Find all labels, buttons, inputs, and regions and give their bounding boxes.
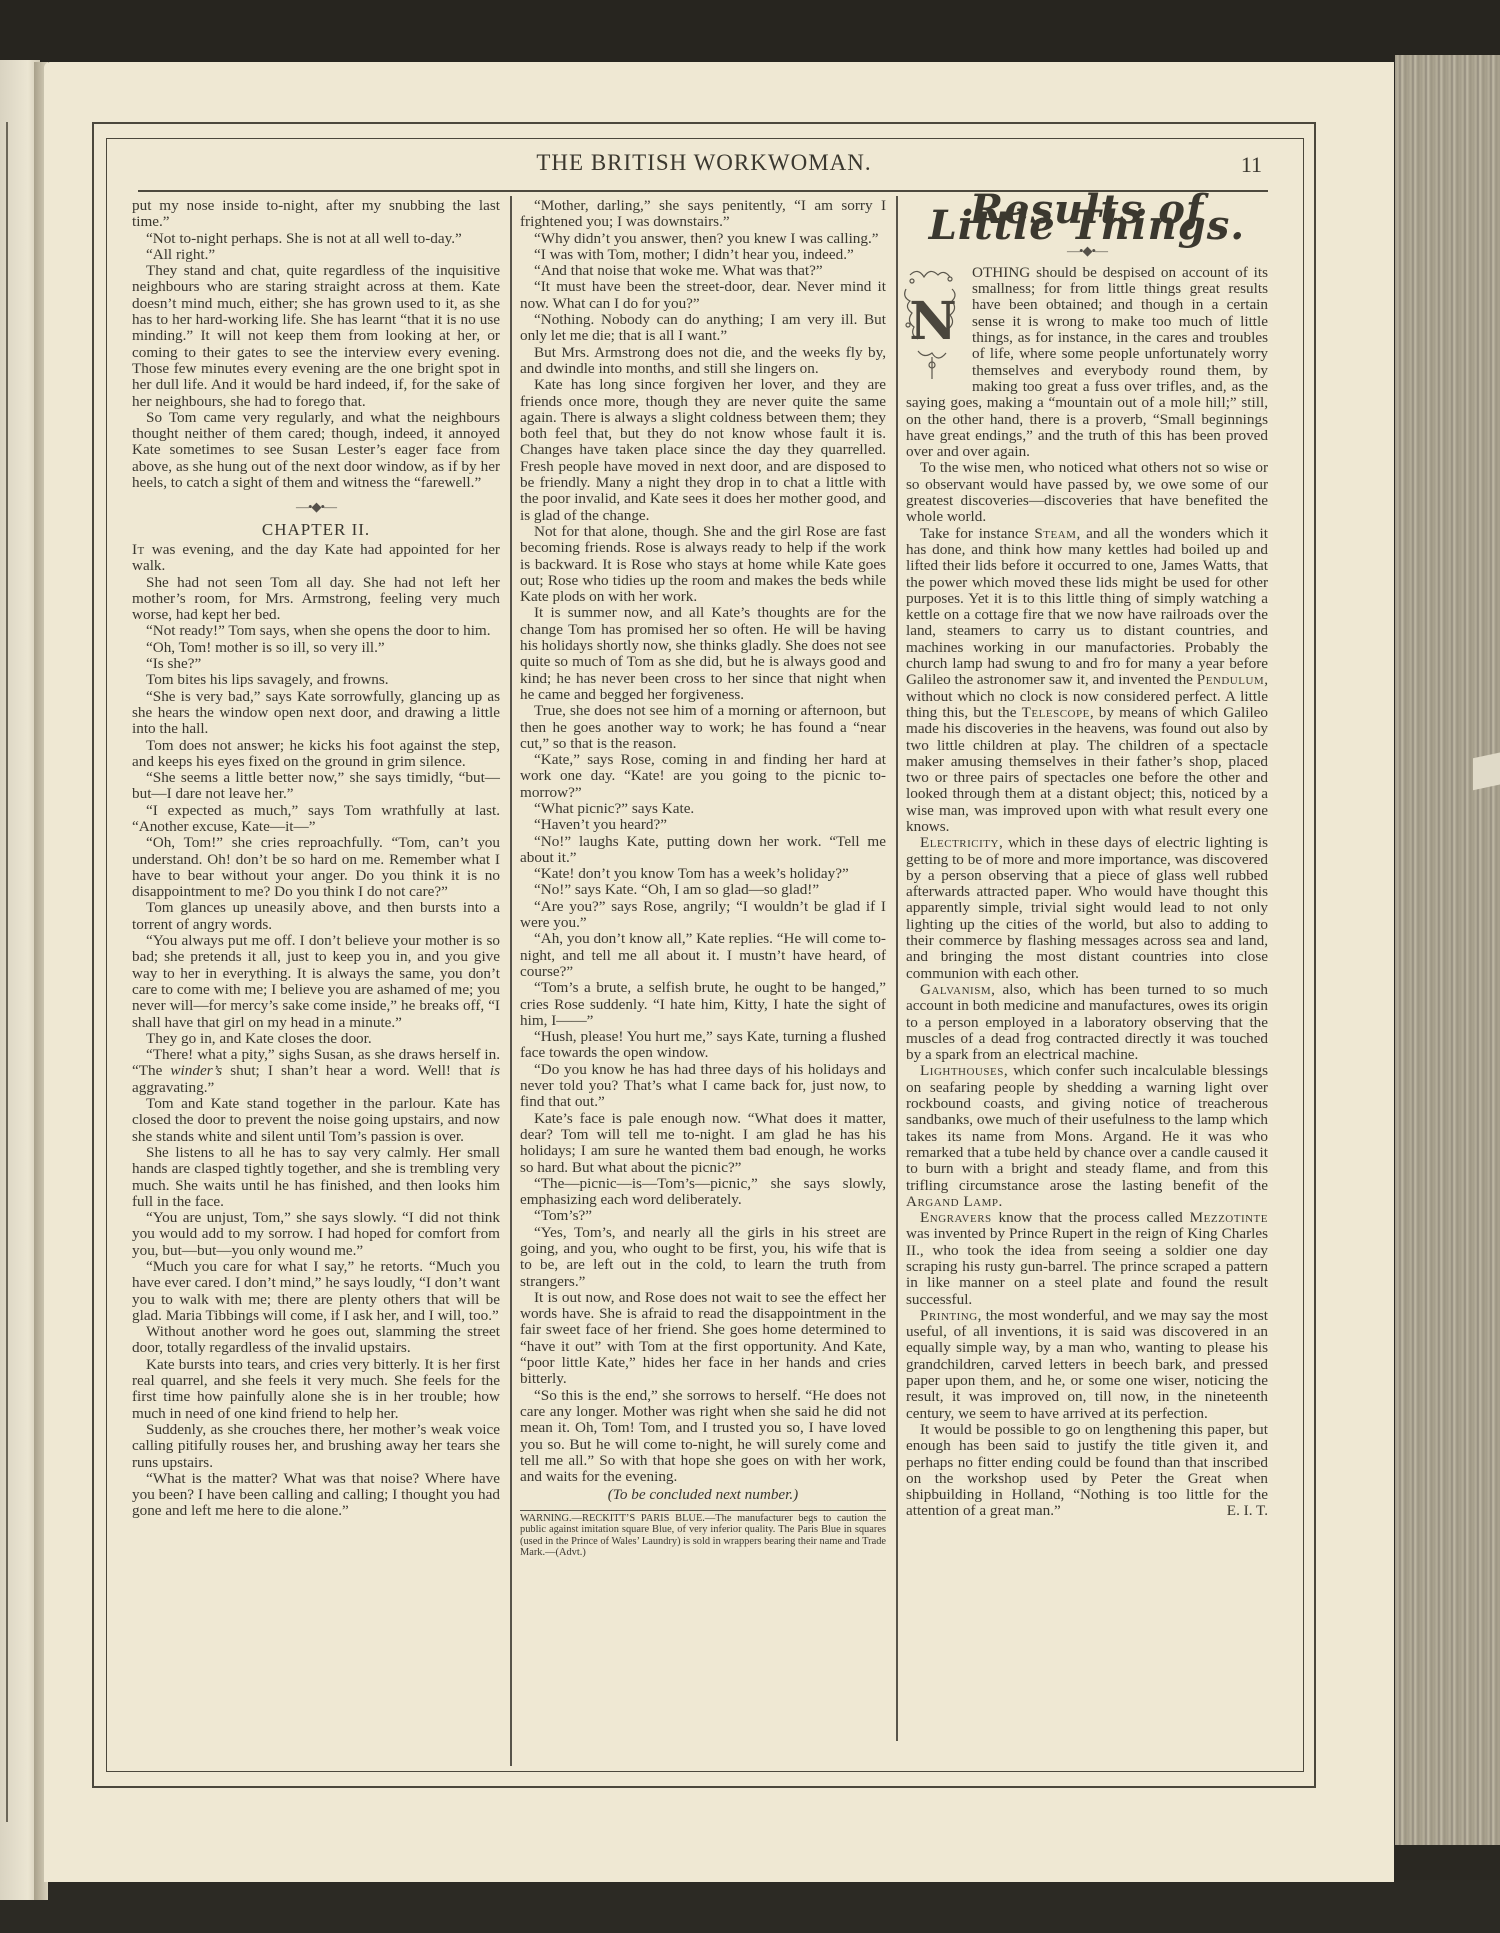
page-number: 11: [1241, 152, 1262, 178]
background-bottom: [0, 1880, 1500, 1933]
keyword: Printing: [920, 1307, 978, 1324]
paper-slip: [1473, 752, 1500, 790]
paragraph: “Not to-night perhaps. She is not at all…: [132, 231, 500, 247]
ornamental-dropcap-icon: N: [900, 265, 966, 383]
page-block-edges: [1395, 55, 1500, 1845]
keyword: Engravers: [920, 1209, 992, 1226]
paragraph: “So this is the end,” she sorrows to her…: [520, 1388, 886, 1486]
svg-text:N: N: [909, 291, 957, 352]
paragraph-text: , which confer such incalculable blessin…: [906, 1062, 1268, 1193]
paragraph: put my nose inside to-night, after my sn…: [132, 198, 500, 231]
paragraph: It would be possible to go on lengthenin…: [906, 1422, 1268, 1520]
paragraph: “Tom’s?”: [520, 1208, 886, 1224]
paragraph: Take for instance Steam, and all the won…: [906, 526, 1268, 836]
paragraph-text: Take for instance: [920, 525, 1034, 542]
paragraph-text: aggravating.”: [132, 1079, 214, 1096]
paragraph: “All right.”: [132, 247, 500, 263]
paragraph: They go in, and Kate closes the door.: [132, 1031, 500, 1047]
keyword: Pendulum: [1197, 671, 1264, 688]
paragraph-text: know that the process called: [992, 1209, 1190, 1226]
paragraph: “Yes, Tom’s, and nearly all the girls in…: [520, 1225, 886, 1290]
paragraph: “Tom’s a brute, a selfish brute, he ough…: [520, 980, 886, 1029]
paragraph-text: , which in these days of electric lighti…: [906, 834, 1268, 981]
paragraph: “Nothing. Nobody can do anything; I am v…: [520, 312, 886, 345]
continuation-note: (To be concluded next number.): [520, 1487, 886, 1503]
publication-title: THE BRITISH WORKWOMAN.: [106, 150, 1302, 176]
paragraph: “Mother, darling,” she says penitently, …: [520, 198, 886, 231]
paragraph: “She seems a little better now,” she say…: [132, 770, 500, 803]
paragraph: Tom glances up uneasily above, and then …: [132, 900, 500, 933]
paragraph: They stand and chat, quite regardless of…: [132, 263, 500, 410]
keyword: Steam: [1034, 525, 1076, 542]
paragraph: It is out now, and Rose does not wait to…: [520, 1290, 886, 1388]
paragraph: “You always put me off. I don’t believe …: [132, 933, 500, 1031]
paragraph: “And that noise that woke me. What was t…: [520, 263, 886, 279]
keyword: Mezzotinte: [1190, 1209, 1268, 1226]
keyword: Electricity: [920, 834, 999, 851]
article-title: Results of Little Things.: [906, 202, 1268, 235]
paragraph: “The—picnic—is—Tom’s—picnic,” she says s…: [520, 1176, 886, 1209]
paragraph: Not for that alone, though. She and the …: [520, 524, 886, 605]
facing-page-rule: [6, 122, 8, 1822]
chapter-heading: CHAPTER II.: [132, 522, 500, 538]
paragraph: Without another word he goes out, slammi…: [132, 1324, 500, 1357]
column-divider-1: [510, 196, 512, 1766]
paragraph: She had not seen Tom all day. She had no…: [132, 575, 500, 624]
paragraph: It is summer now, and all Kate’s thought…: [520, 605, 886, 703]
paragraph: “I expected as much,” says Tom wrathfull…: [132, 803, 500, 836]
paragraph: Electricity, which in these days of elec…: [906, 835, 1268, 982]
advertisement: WARNING.—RECKITT’S PARIS BLUE.—The manuf…: [520, 1510, 886, 1559]
paragraph: So Tom came very regularly, and what the…: [132, 410, 500, 491]
paragraph: Engravers know that the process called M…: [906, 1210, 1268, 1308]
paragraph: Lighthouses, which confer such incalcula…: [906, 1063, 1268, 1210]
paragraph: “Kate,” says Rose, coming in and finding…: [520, 752, 886, 801]
paragraph: Suddenly, as she crouches there, her mot…: [132, 1422, 500, 1471]
paragraph: “Why didn’t you answer, then? you knew I…: [520, 231, 886, 247]
chapter-lead-word: It: [132, 541, 145, 558]
paragraph: “She is very bad,” says Kate sorrowfully…: [132, 689, 500, 738]
paragraph: “Hush, please! You hurt me,” says Kate, …: [520, 1029, 886, 1062]
keyword: Telescope: [1022, 704, 1090, 721]
paragraph-text: was invented by Prince Rupert in the rei…: [906, 1225, 1268, 1307]
story-column-2: “Mother, darling,” she says penitently, …: [520, 198, 886, 1558]
paragraph: “Is she?”: [132, 656, 500, 672]
paragraph-text: .: [999, 1193, 1003, 1210]
paragraph: “What is the matter? What was that noise…: [132, 1471, 500, 1520]
keyword: Galvanism: [920, 981, 991, 998]
paragraph: Tom does not answer; he kicks his foot a…: [132, 738, 500, 771]
paragraph: “Not ready!” Tom says, when she opens th…: [132, 623, 500, 639]
paragraph: “Oh, Tom! mother is so ill, so very ill.…: [132, 640, 500, 656]
paragraph: “No!” says Kate. “Oh, I am so glad—so gl…: [520, 882, 886, 898]
paragraph-text: , and all the wonders which it has done,…: [906, 525, 1268, 689]
background-top: [0, 0, 1500, 70]
paragraph: “There! what a pity,” sighs Susan, as sh…: [132, 1047, 500, 1096]
paragraph-text: , by means of which Galileo made his dis…: [906, 704, 1268, 835]
paragraph: Galvanism, also, which has been turned t…: [906, 982, 1268, 1063]
paragraph: “Haven’t you heard?”: [520, 817, 886, 833]
paragraph: Kate bursts into tears, and cries very b…: [132, 1357, 500, 1422]
paragraph: “You are unjust, Tom,” she says slowly. …: [132, 1210, 500, 1259]
paragraph: “No!” laughs Kate, putting down her work…: [520, 834, 886, 867]
section-ornament: —•◆•—: [132, 499, 500, 515]
story-column-1: put my nose inside to-night, after my sn…: [132, 198, 500, 1520]
paragraph: She listens to all he has to say very ca…: [132, 1145, 500, 1210]
author-initials: E. I. T.: [1213, 1503, 1268, 1519]
paragraph-text: was evening, and the day Kate had appoin…: [132, 541, 500, 574]
paragraph: But Mrs. Armstrong does not die, and the…: [520, 345, 886, 378]
paragraph: “I was with Tom, mother; I didn’t hear y…: [520, 247, 886, 263]
paragraph-text: shut; I shan’t hear a word. Well! that: [222, 1062, 490, 1079]
keyword: Argand Lamp: [906, 1193, 999, 1210]
italic-text: winder’s: [170, 1062, 222, 1079]
paragraph: Tom and Kate stand together in the parlo…: [132, 1096, 500, 1145]
masthead: THE BRITISH WORKWOMAN. 11: [106, 148, 1302, 188]
paragraph: Printing, the most wonderful, and we may…: [906, 1308, 1268, 1422]
paragraph: Kate’s face is pale enough now. “What do…: [520, 1111, 886, 1176]
paragraph: Tom bites his lips savagely, and frowns.: [132, 672, 500, 688]
paragraph: “It must have been the street-door, dear…: [520, 279, 886, 312]
paragraph: Kate has long since forgiven her lover, …: [520, 377, 886, 524]
paragraph: “Do you know he has had three days of hi…: [520, 1062, 886, 1111]
paragraph: “Are you?” says Rose, angrily; “I wouldn…: [520, 899, 886, 932]
article-column: Results of Little Things. —•◆•— N OTHING…: [906, 198, 1268, 1520]
paragraph: “Ah, you don’t know all,” Kate replies. …: [520, 931, 886, 980]
paragraph: To the wise men, who noticed what others…: [906, 460, 1268, 525]
paragraph: “Oh, Tom!” she cries reproachfully. “Tom…: [132, 835, 500, 900]
paragraph: “What picnic?” says Kate.: [520, 801, 886, 817]
italic-text: is: [490, 1062, 500, 1079]
paragraph-text: , the most wonderful, and we may say the…: [906, 1307, 1268, 1422]
paragraph: It was evening, and the day Kate had app…: [132, 542, 500, 575]
paragraph: True, she does not see him of a morning …: [520, 703, 886, 752]
article-opening: N OTHING should be despised on account o…: [906, 265, 1268, 461]
paragraph: “Kate! don’t you know Tom has a week’s h…: [520, 866, 886, 882]
keyword: Lighthouses: [920, 1062, 1004, 1079]
paragraph: “Much you care for what I say,” he retor…: [132, 1259, 500, 1324]
column-divider-2: [896, 196, 898, 1741]
